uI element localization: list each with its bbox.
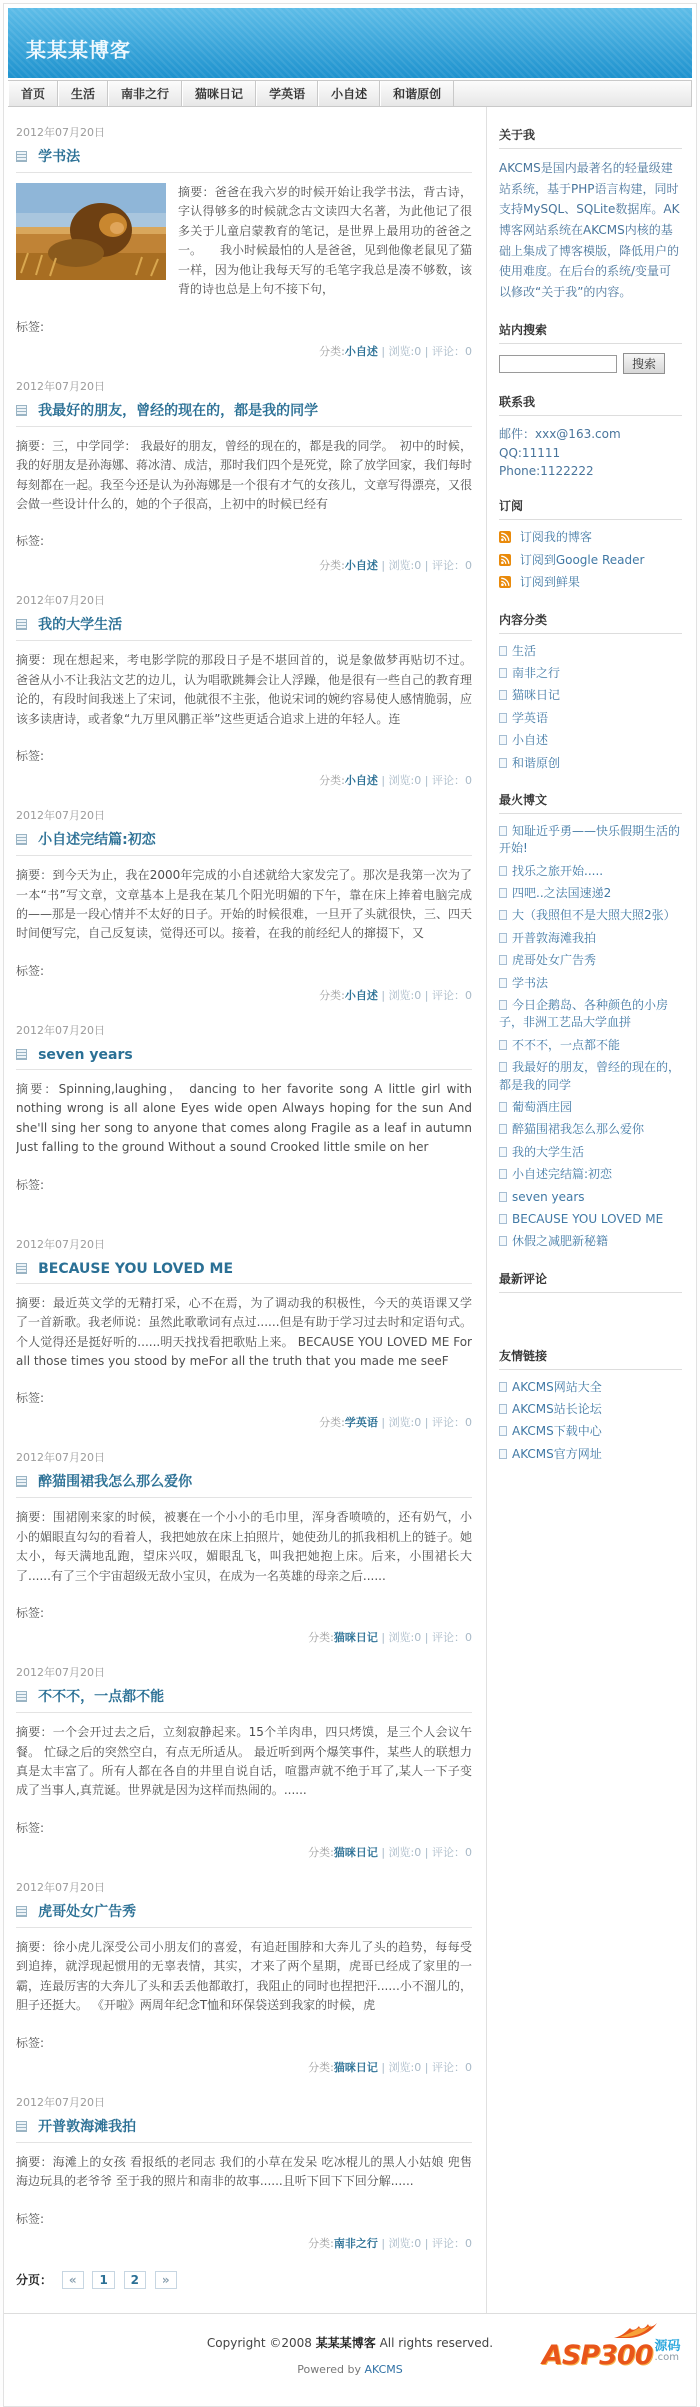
post-date: 2012年07月20日 — [16, 1022, 472, 1038]
page-icon — [499, 1404, 507, 1414]
post-title-link[interactable]: BECAUSE YOU LOVED ME — [38, 1261, 233, 1277]
hot-post-link[interactable]: 醉猫围裙我怎么那么爱你 — [512, 1122, 644, 1136]
page-icon — [499, 910, 507, 920]
blog-post: 2012年07月20日 学书法 — [16, 107, 472, 361]
nav-item-original[interactable]: 和谐原创 — [380, 81, 454, 106]
page-icon — [499, 933, 507, 943]
blog-post: 2012年07月20日 开普敦海滩我拍 摘要：海滩上的女孩 看报纸的老同志 我们… — [16, 2077, 472, 2253]
post-meta: 分类:猫咪日记 | 浏览:0 | 评论：0 — [16, 2059, 472, 2075]
post-date: 2012年07月20日 — [16, 2094, 472, 2110]
category-link[interactable]: 小自述 — [345, 989, 378, 1002]
list-item: 醉猫围裙我怎么那么爱你 — [499, 1121, 682, 1138]
contact-qq: QQ:11111 — [499, 446, 682, 460]
yuanma-text: 源码 — [655, 2340, 681, 2353]
hot-post-link[interactable]: 找乐之旅开始..... — [512, 864, 603, 878]
post-tags: 标签: — [16, 2034, 472, 2051]
document-icon — [16, 1049, 27, 1060]
post-date: 2012年07月20日 — [16, 1664, 472, 1680]
rss-icon — [499, 576, 511, 588]
blog-page: 某某某博客 首页 生活 南非之行 猫咪日记 学英语 小自述 和谐原创 2012年… — [3, 3, 697, 2407]
post-date: 2012年07月20日 — [16, 1236, 472, 1252]
hot-post-link[interactable]: 我的大学生活 — [512, 1145, 584, 1159]
post-date: 2012年07月20日 — [16, 807, 472, 823]
list-item: 开普敦海滩我拍 — [499, 930, 682, 947]
category-item-link[interactable]: 生活 — [512, 644, 536, 658]
hot-post-link[interactable]: 葡萄酒庄园 — [512, 1100, 572, 1114]
category-link[interactable]: 猫咪日记 — [334, 2061, 378, 2074]
page-icon — [499, 758, 507, 768]
post-title-link[interactable]: 我的大学生活 — [38, 617, 122, 633]
hot-post-link[interactable]: 学书法 — [512, 976, 548, 990]
nav-item-life[interactable]: 生活 — [58, 81, 108, 106]
list-item: 大（我照但不是大照大照2张） — [499, 907, 682, 924]
list-item: 学英语 — [499, 710, 682, 727]
nav-item-catdiary[interactable]: 猫咪日记 — [182, 81, 256, 106]
pagination-page-2[interactable]: 2 — [124, 2271, 146, 2289]
category-item-link[interactable]: 和谐原创 — [512, 756, 560, 770]
list-item: AKCMS站长论坛 — [499, 1401, 682, 1418]
subscribe-blog-link[interactable]: 订阅我的博客 — [520, 530, 592, 544]
post-title-link[interactable]: 我最好的朋友，曾经的现在的，都是我的同学 — [38, 403, 318, 419]
about-text: AKCMS是国内最著名的轻量级建站系统，基于PHP语言构建，同时支持MySQL、… — [499, 158, 682, 302]
post-title-link[interactable]: 醉猫围裙我怎么那么爱你 — [38, 1474, 192, 1490]
blog-post: 2012年07月20日 不不不，一点都不能 摘要：一个会开过去之后，立刻寂静起来… — [16, 1647, 472, 1862]
list-item: 虎哥处女广告秀 — [499, 952, 682, 969]
document-icon — [16, 1691, 27, 1702]
post-tags: 标签: — [16, 1389, 472, 1406]
page-icon — [499, 1426, 507, 1436]
category-link[interactable]: 猫咪日记 — [334, 1631, 378, 1644]
subscribe-xianguo-link[interactable]: 订阅到鲜果 — [520, 575, 580, 589]
dotcom-text: .com — [655, 2353, 681, 2363]
category-link[interactable]: 小自述 — [345, 774, 378, 787]
post-meta: 分类:南非之行 | 浏览:0 | 评论：0 — [16, 2235, 472, 2251]
hot-post-link[interactable]: 不不不，一点都不能 — [512, 1038, 620, 1052]
nav-item-home[interactable]: 首页 — [8, 81, 58, 106]
page-icon — [499, 888, 507, 898]
list-item: 学书法 — [499, 975, 682, 992]
list-item: 订阅到Google Reader — [499, 552, 682, 569]
category-link[interactable]: 小自述 — [345, 345, 378, 358]
post-tags: 标签: — [16, 2210, 472, 2227]
post-meta: 分类:猫咪日记 | 浏览:0 | 评论：0 — [16, 1844, 472, 1860]
page-icon — [499, 955, 507, 965]
page-icon — [499, 1382, 507, 1392]
divider — [16, 1927, 472, 1928]
subscribe-heading: 订阅 — [499, 497, 682, 520]
spacer — [16, 1193, 472, 1219]
page-icon — [499, 1449, 507, 1459]
page-icon — [499, 735, 507, 745]
divider — [16, 1069, 472, 1070]
blog-post: 2012年07月20日 我最好的朋友，曾经的现在的，都是我的同学 摘要：三，中学… — [16, 361, 472, 576]
friend-link[interactable]: AKCMS站长论坛 — [512, 1402, 602, 1416]
category-link[interactable]: 小自述 — [345, 559, 378, 572]
page-icon — [499, 1169, 507, 1179]
list-item: 我最好的朋友，曾经的现在的，都是我的同学 — [499, 1059, 682, 1094]
hot-post-link[interactable]: 虎哥处女广告秀 — [512, 953, 596, 967]
hot-post-link[interactable]: 知耻近乎勇——快乐假期生活的开始! — [499, 824, 680, 855]
post-title-link[interactable]: seven years — [38, 1047, 133, 1063]
lion-photo — [16, 183, 166, 280]
hot-post-link[interactable]: BECAUSE YOU LOVED ME — [512, 1212, 663, 1226]
post-summary: 摘要：三，中学同学： 我最好的朋友，曾经的现在的，都是我的同学。 初中的时候，我… — [16, 437, 472, 515]
post-title-link[interactable]: 不不不，一点都不能 — [38, 1689, 164, 1705]
rss-icon — [499, 531, 511, 543]
document-icon — [16, 1476, 27, 1487]
page-icon — [499, 1236, 507, 1246]
page-icon — [499, 1192, 507, 1202]
about-heading: 关于我 — [499, 126, 682, 149]
pagination: 分页： « 1 2 » — [16, 2271, 472, 2289]
hot-post-link[interactable]: 小自述完结篇:初恋 — [512, 1167, 612, 1181]
page-icon — [499, 646, 507, 656]
asp300-logo[interactable]: ASP300源码.com — [542, 2322, 692, 2369]
post-title-link[interactable]: 虎哥处女广告秀 — [38, 1904, 136, 1920]
category-link[interactable]: 学英语 — [345, 1416, 378, 1429]
post-summary: 摘要：徐小虎儿深受公司小朋友们的喜爱，有追赶围脖和大奔儿了头的趋势，每每受到追捧… — [16, 1938, 472, 2016]
post-meta: 分类:小自述 | 浏览:0 | 评论：0 — [16, 772, 472, 788]
list-item: 葡萄酒庄园 — [499, 1099, 682, 1116]
hot-post-link[interactable]: 大（我照但不是大照大照2张） — [512, 908, 676, 922]
page-icon — [499, 1124, 507, 1134]
category-item-link[interactable]: 学英语 — [512, 711, 548, 725]
post-tags: 标签: — [16, 1604, 472, 1621]
page-icon — [499, 1147, 507, 1157]
divider — [16, 855, 472, 856]
contact-email: 邮件：xxx@163.com — [499, 425, 682, 442]
divider — [16, 1712, 472, 1713]
contact-phone: Phone:1122222 — [499, 464, 682, 478]
hot-post-link[interactable]: 开普敦海滩我拍 — [512, 931, 596, 945]
post-tags: 标签: — [16, 1176, 472, 1193]
friend-link[interactable]: AKCMS下载中心 — [512, 1424, 602, 1438]
document-icon — [16, 151, 27, 162]
pagination-prev[interactable]: « — [62, 2271, 84, 2289]
category-link[interactable]: 南非之行 — [334, 2237, 378, 2250]
page-icon — [499, 1102, 507, 1112]
list-item: 订阅到鲜果 — [499, 574, 682, 591]
page-icon — [499, 826, 507, 836]
page-icon — [499, 1214, 507, 1224]
page-icon — [499, 866, 507, 876]
document-icon — [16, 1906, 27, 1917]
list-item: 订阅我的博客 — [499, 529, 682, 546]
hot-post-link[interactable]: 我最好的朋友，曾经的现在的，都是我的同学 — [499, 1060, 680, 1091]
post-summary: 摘要：Spinning,laughing， dancing to her fav… — [16, 1080, 472, 1158]
post-tags: 标签: — [16, 532, 472, 549]
page-icon — [499, 1000, 507, 1010]
hot-post-link[interactable]: 四吧..之法国速递2 — [512, 886, 611, 900]
post-tags: 标签: — [16, 318, 472, 335]
blog-post: 2012年07月20日 小自述完结篇:初恋 摘要：到今天为止，我在2000年完成… — [16, 790, 472, 1005]
post-summary: 摘要：围裙刚来家的时候，被裹在一个小小的毛巾里，浑身香喷喷的，还有奶气，小小的媚… — [16, 1508, 472, 1586]
divider — [16, 2142, 472, 2143]
page-icon — [499, 713, 507, 723]
flame-icon — [612, 2322, 658, 2340]
list-item: 四吧..之法国速递2 — [499, 885, 682, 902]
list-item: seven years — [499, 1189, 682, 1206]
list-item: 休假之减肥新秘籍 — [499, 1233, 682, 1250]
nav-item-southafrica[interactable]: 南非之行 — [108, 81, 182, 106]
post-tags: 标签: — [16, 1819, 472, 1836]
list-item: 小自述完结篇:初恋 — [499, 1166, 682, 1183]
page-icon — [499, 1062, 507, 1072]
list-item: 生活 — [499, 643, 682, 660]
nav-item-english[interactable]: 学英语 — [256, 81, 318, 106]
hot-post-link[interactable]: 休假之减肥新秘籍 — [512, 1234, 608, 1248]
divider — [16, 640, 472, 641]
list-item: 我的大学生活 — [499, 1144, 682, 1161]
blog-post: 2012年07月20日 seven years 摘要：Spinning,laug… — [16, 1005, 472, 1219]
category-link[interactable]: 猫咪日记 — [334, 1846, 378, 1859]
list-item: 找乐之旅开始..... — [499, 863, 682, 880]
latest-comments-heading: 最新评论 — [499, 1270, 682, 1293]
post-list: 2012年07月20日 学书法 — [8, 107, 486, 2313]
contact-heading: 联系我 — [499, 393, 682, 416]
document-icon — [16, 619, 27, 630]
post-title-link[interactable]: 开普敦海滩我拍 — [38, 2119, 136, 2135]
hot-post-link[interactable]: 今日企鹅岛、各种颜色的小房子，非洲工艺品大学血拼 — [499, 998, 668, 1029]
post-summary: 摘要：一个会开过去之后，立刻寂静起来。15个羊肉串，四只烤馍，是三个人会议午餐。… — [16, 1723, 472, 1801]
rss-icon — [499, 554, 511, 566]
friend-link[interactable]: AKCMS网站大全 — [512, 1380, 602, 1394]
main-nav: 首页 生活 南非之行 猫咪日记 学英语 小自述 和谐原创 — [8, 80, 692, 107]
hot-post-link[interactable]: seven years — [512, 1190, 585, 1204]
blog-post: 2012年07月20日 我的大学生活 摘要：现在想起来，考电影学院的那段日子是不… — [16, 575, 472, 790]
hot-posts-heading: 最火博文 — [499, 791, 682, 814]
list-item: AKCMS官方网址 — [499, 1446, 682, 1463]
post-meta: 分类:小自述 | 浏览:0 | 评论：0 — [16, 343, 472, 359]
post-summary: 摘要：到今天为止，我在2000年完成的小自述就给大家发完了。那次是我第一次为了一… — [16, 866, 472, 944]
asp300-text: ASP300 — [542, 2340, 653, 2371]
post-date: 2012年07月20日 — [16, 378, 472, 394]
post-meta: 分类:猫咪日记 | 浏览:0 | 评论：0 — [16, 1629, 472, 1645]
list-item: AKCMS下载中心 — [499, 1423, 682, 1440]
post-summary: 摘要：最近英文学的无精打采，心不在焉，为了调动我的积极性，今天的英语课又学了一首… — [16, 1294, 472, 1372]
spacer — [499, 1302, 682, 1328]
document-icon — [16, 2121, 27, 2132]
document-icon — [16, 1263, 27, 1274]
pagination-label: 分页： — [16, 2273, 52, 2287]
friend-link[interactable]: AKCMS官方网址 — [512, 1447, 602, 1461]
friend-links-heading: 友情链接 — [499, 1347, 682, 1370]
post-title-link[interactable]: 学书法 — [38, 149, 80, 165]
list-item: 小自述 — [499, 732, 682, 749]
post-date: 2012年07月20日 — [16, 1449, 472, 1465]
post-tags: 标签: — [16, 962, 472, 979]
post-date: 2012年07月20日 — [16, 1879, 472, 1895]
post-date: 2012年07月20日 — [16, 592, 472, 608]
post-summary: 摘要：现在想起来，考电影学院的那段日子是不堪回首的，说是象做梦再贴切不过。爸爸从… — [16, 651, 472, 729]
page-icon — [499, 1040, 507, 1050]
page-icon — [499, 690, 507, 700]
sidebar: 关于我 AKCMS是国内最著名的轻量级建站系统，基于PHP语言构建，同时支持My… — [486, 107, 692, 2313]
search-button[interactable]: 搜索 — [623, 353, 665, 374]
list-item: BECAUSE YOU LOVED ME — [499, 1211, 682, 1228]
list-item: 南非之行 — [499, 665, 682, 682]
footer: Copyright ©2008 某某某博客 All rights reserve… — [4, 2313, 696, 2406]
post-meta: 分类:小自述 | 浏览:0 | 评论：0 — [16, 557, 472, 573]
list-item: 不不不，一点都不能 — [499, 1037, 682, 1054]
document-icon — [16, 405, 27, 416]
subscribe-google-reader-link[interactable]: 订阅到Google Reader — [520, 553, 645, 567]
akcms-link[interactable]: AKCMS — [364, 2363, 402, 2376]
page-icon — [499, 978, 507, 988]
pagination-page-1[interactable]: 1 — [92, 2271, 114, 2289]
post-meta: 分类:小自述 | 浏览:0 | 评论：0 — [16, 987, 472, 1003]
document-icon — [16, 834, 27, 845]
category-item-link[interactable]: 南非之行 — [512, 666, 560, 680]
pagination-next[interactable]: » — [155, 2271, 177, 2289]
list-item: AKCMS网站大全 — [499, 1379, 682, 1396]
list-item: 猫咪日记 — [499, 687, 682, 704]
divider — [16, 1283, 472, 1284]
blog-post: 2012年07月20日 醉猫围裙我怎么那么爱你 摘要：围裙刚来家的时候，被裹在一… — [16, 1432, 472, 1647]
list-item: 今日企鹅岛、各种颜色的小房子，非洲工艺品大学血拼 — [499, 997, 682, 1032]
list-item: 知耻近乎勇——快乐假期生活的开始! — [499, 823, 682, 858]
site-title: 某某某博客 — [8, 8, 692, 63]
post-meta: 分类:学英语 | 浏览:0 | 评论：0 — [16, 1414, 472, 1430]
search-heading: 站内搜索 — [499, 321, 682, 344]
page-icon — [499, 668, 507, 678]
list-item: 和谐原创 — [499, 755, 682, 772]
nav-item-selfnarrative[interactable]: 小自述 — [318, 81, 380, 106]
category-item-link[interactable]: 猫咪日记 — [512, 688, 560, 702]
post-summary: 摘要：海滩上的女孩 看报纸的老同志 我们的小草在发呆 吃冰棍儿的黑人小姑娘 兜售… — [16, 2153, 472, 2192]
post-date: 2012年07月20日 — [16, 124, 472, 140]
site-banner: 某某某博客 — [8, 8, 692, 78]
category-item-link[interactable]: 小自述 — [512, 733, 548, 747]
search-input[interactable] — [499, 355, 617, 373]
blog-post: 2012年07月20日 BECAUSE YOU LOVED ME 摘要：最近英文… — [16, 1219, 472, 1433]
site-name: 某某某博客 — [316, 2336, 376, 2350]
post-title-link[interactable]: 小自述完结篇:初恋 — [38, 832, 156, 848]
divider — [16, 1497, 472, 1498]
post-tags: 标签: — [16, 747, 472, 764]
divider — [16, 426, 472, 427]
divider — [16, 172, 472, 173]
blog-post: 2012年07月20日 虎哥处女广告秀 摘要：徐小虎儿深受公司小朋友们的喜爱，有… — [16, 1862, 472, 2077]
categories-heading: 内容分类 — [499, 611, 682, 634]
